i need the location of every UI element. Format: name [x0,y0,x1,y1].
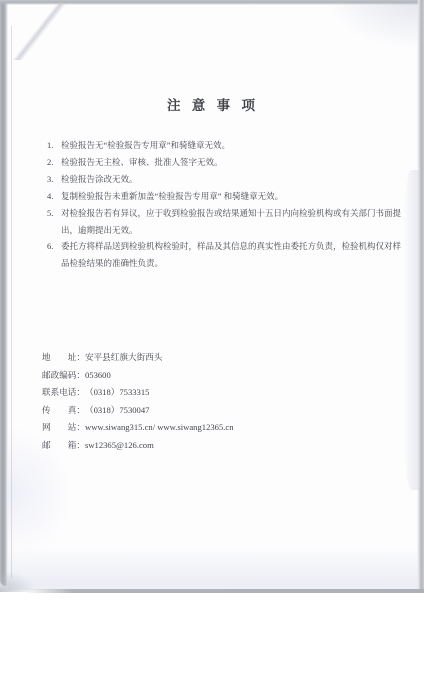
scanner-edge-bottom [24,589,424,593]
list-item: 1. 检验报告无“检验报告专用章”和骑缝章无效。 [47,137,401,154]
contact-value: www.siwang315.cn/ www.siwang12365.cn [85,422,234,432]
item-text: 对检验报告若有异议，应于收到检验报告或结果通知十五日内向检验机构或有关部门书面提 [61,205,401,222]
item-number: 3. [47,171,61,188]
list-item: 4. 复制检验报告未重新加盖“检验报告专用章” 和骑缝章无效。 [47,188,401,205]
page-title: 注 意 事 项 [8,94,418,114]
paper-margin-line [11,26,12,578]
item-text: 出，逾期提出无效。 [61,222,401,239]
item-number: 5. [47,205,61,239]
scan-shading-bottom [8,546,418,590]
contact-label: 地 址： [42,349,85,367]
item-text: 检验报告涂改无效。 [61,171,138,188]
item-text: 品检验结果的准确性负责。 [61,255,401,272]
contact-value: （0318）7533315 [85,387,149,397]
contact-value: sw12365@126.com [85,440,154,450]
contact-row-phone: 联系电话：（0318）7533315 [42,384,234,402]
scanner-edge-left [0,0,8,586]
list-item: 6. 委托方将样品送到检验机构检验时，样品及其信息的真实性由委托方负责，检验机构… [47,238,401,272]
paper-crease-artifact [4,4,76,60]
item-text: 检验报告无“检验报告专用章”和骑缝章无效。 [61,137,230,154]
item-number: 4. [47,188,61,205]
scanner-edge-top [0,0,424,5]
contact-label: 联系电话： [42,384,85,402]
list-item: 3. 检验报告涂改无效。 [47,171,401,188]
item-text: 检验报告无主检、审核、批准人签字无效。 [61,154,223,171]
contact-value: 安平县红旗大街西头 [85,352,162,362]
item-number: 6. [47,238,61,272]
notice-list: 1. 检验报告无“检验报告专用章”和骑缝章无效。 2. 检验报告无主检、审核、批… [47,137,401,272]
scan-shading-top-right [329,0,419,48]
item-number: 1. [47,137,61,154]
contact-label: 邮政编码： [42,367,85,385]
contact-value: （0318）7530047 [85,405,149,415]
contact-value: 053600 [85,370,111,380]
scanned-document-page: 注 意 事 项 1. 检验报告无“检验报告专用章”和骑缝章无效。 2. 检验报告… [0,0,424,700]
contact-row-address: 地 址：安平县红旗大街西头 [42,349,234,367]
paper-corner-shadow [0,572,34,592]
list-item: 5. 对检验报告若有异议，应于收到检验报告或结果通知十五日内向检验机构或有关部门… [47,205,401,239]
item-text: 复制检验报告未重新加盖“检验报告专用章” 和骑缝章无效。 [61,188,283,205]
contact-label: 传 真： [42,402,85,420]
scan-shading-left [8,428,72,558]
item-number: 2. [47,154,61,171]
list-item: 2. 检验报告无主检、审核、批准人签字无效。 [47,154,401,171]
contact-row-fax: 传 真：（0318）7530047 [42,402,234,420]
contact-row-postcode: 邮政编码：053600 [42,367,234,385]
item-text: 委托方将样品送到检验机构检验时，样品及其信息的真实性由委托方负责，检验机构仅对样 [61,238,401,255]
scanner-edge-right [417,0,424,593]
